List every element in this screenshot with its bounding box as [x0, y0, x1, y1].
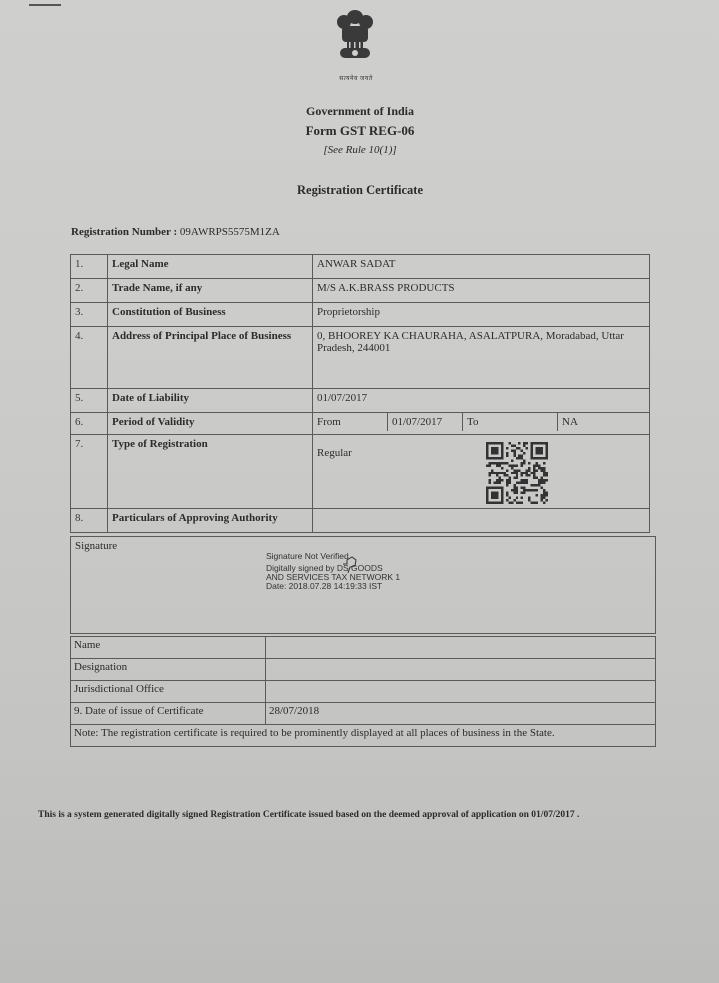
- signature-table: Signature Signature Not Verified Digital…: [70, 536, 656, 634]
- registration-type-text: Regular: [317, 447, 645, 459]
- row-number: 5.: [71, 389, 108, 413]
- registration-details-table: 1. Legal Name ANWAR SADAT 2. Trade Name,…: [70, 254, 650, 533]
- table-row: Name: [71, 637, 656, 659]
- qr-code-icon: [486, 442, 548, 504]
- authority-name-value: [266, 637, 656, 659]
- row-number: 2.: [71, 279, 108, 303]
- table-row: 6. Period of Validity From 01/07/2017 To…: [71, 413, 650, 435]
- table-row: Designation: [71, 659, 656, 681]
- table-row: 1. Legal Name ANWAR SADAT: [71, 255, 650, 279]
- display-note: Note: The registration certificate is re…: [71, 725, 656, 747]
- digital-signature-block: Signature Not Verified Digitally signed …: [266, 552, 400, 591]
- designation-label: Designation: [71, 659, 266, 681]
- row-label: Constitution of Business: [108, 303, 313, 327]
- table-row: Note: The registration certificate is re…: [71, 725, 656, 747]
- authority-name-label: Name: [71, 637, 266, 659]
- designation-value: [266, 659, 656, 681]
- validity-to-label: To: [463, 413, 558, 431]
- row-label: Particulars of Approving Authority: [108, 509, 313, 533]
- rule-reference: [See Rule 10(1)]: [200, 144, 520, 156]
- table-row: 5. Date of Liability 01/07/2017: [71, 389, 650, 413]
- jurisdictional-office-label: Jurisdictional Office: [71, 681, 266, 703]
- issue-date-label: 9. Date of issue of Certificate: [71, 703, 266, 725]
- table-row: 9. Date of issue of Certificate 28/07/20…: [71, 703, 656, 725]
- jurisdictional-office-value: [266, 681, 656, 703]
- row-number: 4.: [71, 327, 108, 389]
- row-label: Period of Validity: [108, 413, 313, 435]
- validity-from-value: 01/07/2017: [388, 413, 463, 431]
- table-row: 2. Trade Name, if any M/S A.K.BRASS PROD…: [71, 279, 650, 303]
- signature-cell: Signature Signature Not Verified Digital…: [71, 537, 656, 634]
- validity-to-value: NA: [558, 413, 582, 431]
- row-number: 1.: [71, 255, 108, 279]
- table-row: 3. Constitution of Business Proprietorsh…: [71, 303, 650, 327]
- approving-authority-value: [313, 509, 650, 533]
- emblem-motto: सत्यमेव जयते: [326, 74, 386, 82]
- table-row: 8. Particulars of Approving Authority: [71, 509, 650, 533]
- government-heading: Government of India: [200, 104, 520, 119]
- row-label: Legal Name: [108, 255, 313, 279]
- row-number: 3.: [71, 303, 108, 327]
- authority-table: Name Designation Jurisdictional Office 9…: [70, 636, 656, 747]
- signature-row: Signature Signature Not Verified Digital…: [71, 537, 656, 634]
- row-number: 6.: [71, 413, 108, 435]
- row-label: Type of Registration: [108, 435, 313, 509]
- signature-check-mark-icon: [341, 555, 357, 573]
- row-label: Address of Principal Place of Business: [108, 327, 313, 389]
- registration-number: Registration Number : 09AWRPS5575M1ZA: [71, 226, 280, 238]
- national-emblem-icon: [332, 8, 378, 66]
- table-row: 7. Type of Registration Regular: [71, 435, 650, 509]
- validity-from-label: From: [313, 413, 388, 431]
- system-generated-footer: This is a system generated digitally sig…: [38, 810, 579, 820]
- table-row: Jurisdictional Office: [71, 681, 656, 703]
- form-heading: Form GST REG-06: [200, 123, 520, 139]
- issue-date-value: 28/07/2018: [266, 703, 656, 725]
- date-of-liability-value: 01/07/2017: [313, 389, 650, 413]
- row-number: 8.: [71, 509, 108, 533]
- registration-number-label: Registration Number :: [71, 226, 177, 238]
- signature-line-3: Date: 2018.07.28 14:19:33 IST: [266, 582, 400, 591]
- signature-label: Signature: [75, 540, 117, 552]
- scan-artifact-line: [29, 4, 61, 6]
- registration-number-value: 09AWRPS5575M1ZA: [180, 226, 280, 238]
- signature-status: Signature Not Verified: [266, 552, 400, 561]
- registration-type-value: Regular: [313, 435, 650, 509]
- legal-name-value: ANWAR SADAT: [313, 255, 650, 279]
- row-label: Date of Liability: [108, 389, 313, 413]
- address-value: 0, BHOOREY KA CHAURAHA, ASALATPURA, Mora…: [313, 327, 650, 389]
- row-label: Trade Name, if any: [108, 279, 313, 303]
- trade-name-value: M/S A.K.BRASS PRODUCTS: [313, 279, 650, 303]
- validity-cell: From 01/07/2017 To NA: [313, 413, 650, 435]
- constitution-value: Proprietorship: [313, 303, 650, 327]
- table-row: 4. Address of Principal Place of Busines…: [71, 327, 650, 389]
- row-number: 7.: [71, 435, 108, 509]
- certificate-title: Registration Certificate: [200, 183, 520, 198]
